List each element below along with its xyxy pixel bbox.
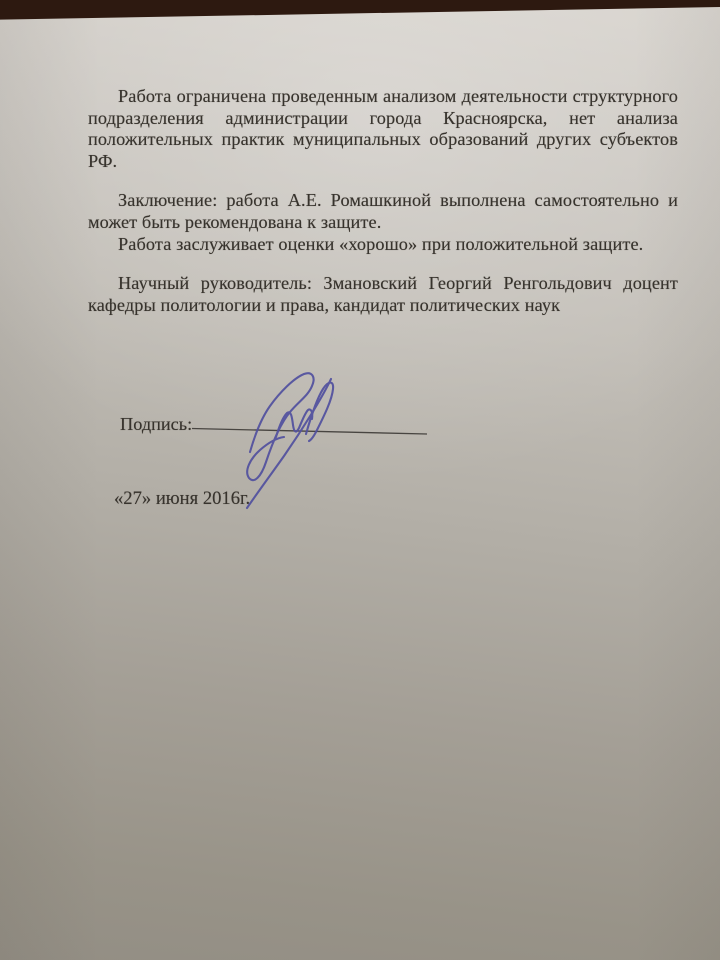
text-line: Заключение: работа А.Е. Ромашкиной выпол…: [88, 190, 678, 212]
text-line: Работа заслуживает оценки «хорошо» при п…: [88, 234, 678, 256]
text-line: Работа ограничена проведенным анализом д…: [88, 86, 678, 108]
text-line: кафедры политологии и права, кандидат по…: [88, 295, 678, 317]
text-line: Научный руководитель: Змановский Георгий…: [88, 273, 678, 295]
paragraph-supervisor: Научный руководитель: Змановский Георгий…: [88, 273, 678, 316]
paragraph-grade: Работа заслуживает оценки «хорошо» при п…: [88, 234, 678, 256]
document-photo: Работа ограничена проведенным анализом д…: [0, 0, 720, 960]
paragraph-limitations: Работа ограничена проведенным анализом д…: [88, 86, 678, 172]
text-line: может быть рекомендована к защите.: [88, 212, 678, 234]
text-line: положительных практик муниципальных обра…: [88, 129, 678, 172]
signature-label: Подпись:: [120, 414, 192, 435]
date-text: «27» июня 2016г.: [114, 488, 250, 510]
review-text-block: Работа ограничена проведенным анализом д…: [88, 86, 678, 316]
paragraph-conclusion: Заключение: работа А.Е. Ромашкиной выпол…: [88, 190, 678, 233]
text-line: подразделения администрации города Красн…: [88, 108, 678, 130]
